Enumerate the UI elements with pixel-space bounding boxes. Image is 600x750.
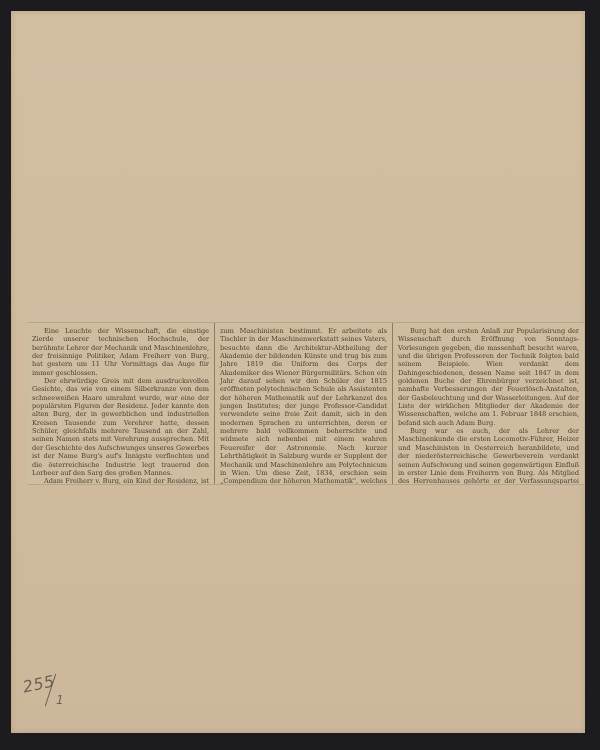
paragraph: Adam Freiherr v. Burg, ein Kind der Resi… xyxy=(32,477,209,484)
handwritten-sub-number: 1 xyxy=(56,693,64,707)
paragraph: zum Maschinisten bestimmt. Er arbeitete … xyxy=(220,327,387,484)
newspaper-clipping: Eine Leuchte der Wissenschaft, die einst… xyxy=(27,322,584,485)
paragraph: Eine Leuchte der Wissenschaft, die einst… xyxy=(32,327,209,377)
clipping-column-2: zum Maschinisten bestimmt. Er arbeitete … xyxy=(215,323,393,484)
clipping-column-1: Eine Leuchte der Wissenschaft, die einst… xyxy=(27,323,215,484)
paragraph: Burg war es auch, der als Lehrer der Mas… xyxy=(398,427,579,484)
clipping-column-3: Burg hat den ersten Anlaß zur Popularisi… xyxy=(393,323,584,484)
archival-page: Eine Leuchte der Wissenschaft, die einst… xyxy=(11,11,585,733)
paragraph: Burg hat den ersten Anlaß zur Popularisi… xyxy=(398,327,579,427)
paragraph: Der ehrwürdige Greis mit dem ausdrucksvo… xyxy=(32,377,209,477)
